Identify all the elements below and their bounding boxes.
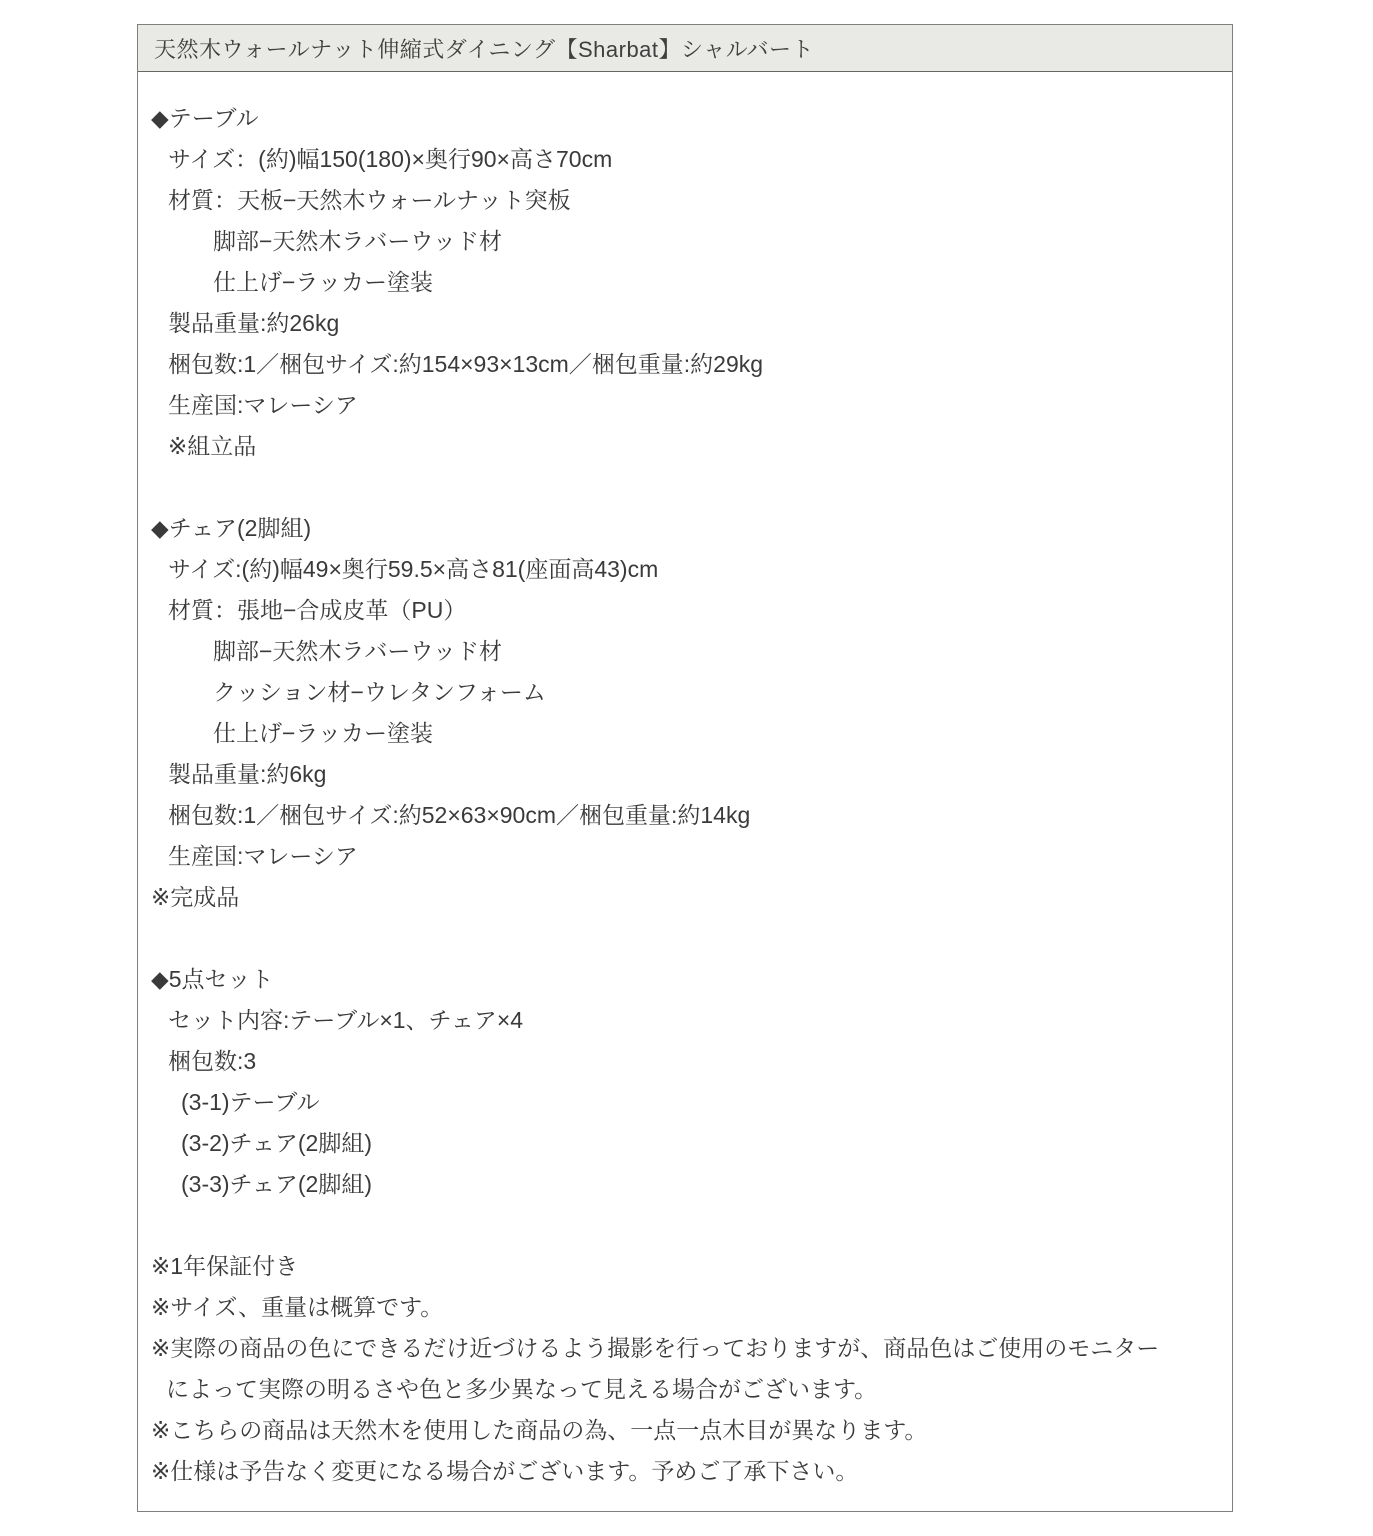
product-title: 天然木ウォールナット伸縮式ダイニング【Sharbat】シャルバート bbox=[154, 33, 814, 64]
chair-material-finish: 仕上げ−ラッカー塗装 bbox=[151, 713, 1212, 754]
chair-material-cover: 材質：張地−合成皮革（PU） bbox=[151, 590, 1212, 631]
set-package-1: (3-1)テーブル bbox=[151, 1082, 1212, 1123]
chair-size: サイズ:(約)幅49×奥行59.5×高さ81(座面高43)cm bbox=[151, 549, 1212, 590]
footnotes-section: ※1年保証付き ※サイズ、重量は概算です。 ※実際の商品の色にできるだけ近づける… bbox=[151, 1246, 1212, 1492]
table-weight: 製品重量:約26kg bbox=[151, 303, 1212, 344]
chair-spec-section: ◆チェア(2脚組) サイズ:(約)幅49×奥行59.5×高さ81(座面高43)c… bbox=[151, 508, 1212, 918]
note-color-line2: によって実際の明るさや色と多少異なって見える場合がございます。 bbox=[151, 1369, 1212, 1410]
product-title-bar: 天然木ウォールナット伸縮式ダイニング【Sharbat】シャルバート bbox=[138, 25, 1232, 72]
set-contents: セット内容:テーブル×1、チェア×4 bbox=[151, 1000, 1212, 1041]
product-spec-panel: 天然木ウォールナット伸縮式ダイニング【Sharbat】シャルバート ◆テーブル … bbox=[137, 24, 1233, 1512]
note-color-line1: ※実際の商品の色にできるだけ近づけるよう撮影を行っておりますが、商品色はご使用の… bbox=[151, 1328, 1212, 1369]
set-section-heading: ◆5点セット bbox=[151, 959, 1212, 1000]
note-approx: ※サイズ、重量は概算です。 bbox=[151, 1287, 1212, 1328]
chair-finished-note: ※完成品 bbox=[151, 877, 1212, 918]
set-package-2: (3-2)チェア(2脚組) bbox=[151, 1123, 1212, 1164]
chair-country: 生産国:マレーシア bbox=[151, 836, 1212, 877]
chair-material-legs: 脚部−天然木ラバーウッド材 bbox=[151, 631, 1212, 672]
table-packing: 梱包数:1／梱包サイズ:約154×93×13cm／梱包重量:約29kg bbox=[151, 344, 1212, 385]
table-material-finish: 仕上げ−ラッカー塗装 bbox=[151, 262, 1212, 303]
chair-packing: 梱包数:1／梱包サイズ:約52×63×90cm／梱包重量:約14kg bbox=[151, 795, 1212, 836]
chair-section-heading: ◆チェア(2脚組) bbox=[151, 508, 1212, 549]
set-packing-count: 梱包数:3 bbox=[151, 1041, 1212, 1082]
table-material-legs: 脚部−天然木ラバーウッド材 bbox=[151, 221, 1212, 262]
chair-weight: 製品重量:約6kg bbox=[151, 754, 1212, 795]
table-spec-section: ◆テーブル サイズ：(約)幅150(180)×奥行90×高さ70cm 材質：天板… bbox=[151, 98, 1212, 467]
table-material-top: 材質：天板−天然木ウォールナット突板 bbox=[151, 180, 1212, 221]
table-size: サイズ：(約)幅150(180)×奥行90×高さ70cm bbox=[151, 139, 1212, 180]
note-spec-change: ※仕様は予告なく変更になる場合がございます。予めご了承下さい。 bbox=[151, 1451, 1212, 1492]
note-warranty: ※1年保証付き bbox=[151, 1246, 1212, 1287]
table-section-heading: ◆テーブル bbox=[151, 98, 1212, 139]
set-package-3: (3-3)チェア(2脚組) bbox=[151, 1164, 1212, 1205]
set-spec-section: ◆5点セット セット内容:テーブル×1、チェア×4 梱包数:3 (3-1)テーブ… bbox=[151, 959, 1212, 1205]
spec-body: ◆テーブル サイズ：(約)幅150(180)×奥行90×高さ70cm 材質：天板… bbox=[138, 72, 1232, 1510]
table-assembly-note: ※組立品 bbox=[151, 426, 1212, 467]
chair-material-cushion: クッション材−ウレタンフォーム bbox=[151, 672, 1212, 713]
note-grain: ※こちらの商品は天然木を使用した商品の為、一点一点木目が異なります。 bbox=[151, 1410, 1212, 1451]
table-country: 生産国:マレーシア bbox=[151, 385, 1212, 426]
